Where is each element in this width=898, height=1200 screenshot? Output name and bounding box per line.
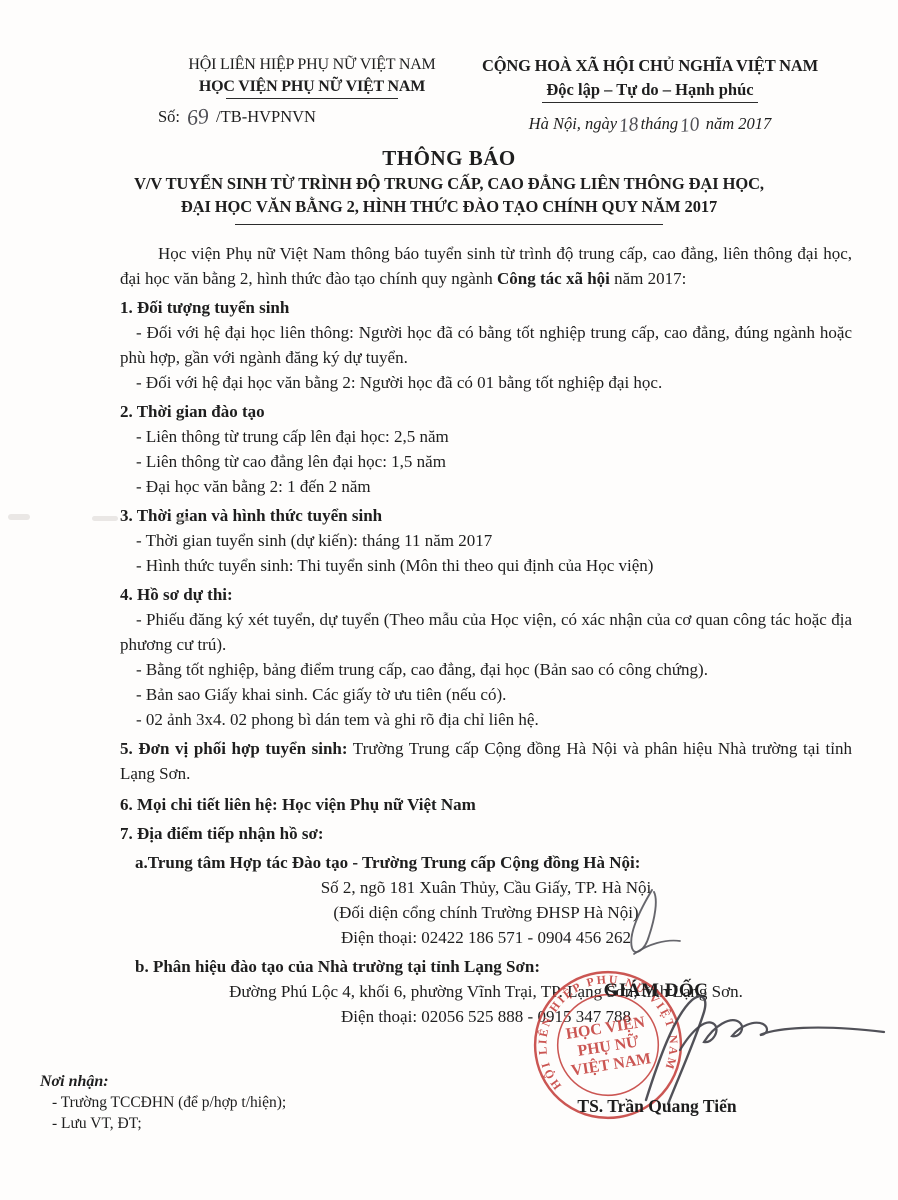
- recipient-item-1: - Trường TCCĐHN (để p/hợp t/hiện);: [52, 1092, 380, 1113]
- section-4-item-1: - Phiếu đăng ký xét tuyển, dự tuyển (The…: [120, 607, 852, 657]
- document-body: Học viện Phụ nữ Việt Nam thông báo tuyển…: [0, 225, 898, 1029]
- recipient-item-2: - Lưu VT, ĐT;: [52, 1113, 380, 1134]
- handwritten-doc-number: 69: [186, 108, 210, 128]
- handwritten-month: 10: [679, 117, 700, 135]
- section-4: 4. Hồ sơ dự thi: - Phiếu đăng ký xét tuy…: [120, 582, 852, 732]
- title-block: THÔNG BÁO V/V TUYỂN SINH TỪ TRÌNH ĐỘ TRU…: [0, 146, 898, 225]
- mark-tail: [634, 941, 680, 954]
- location-b-heading: b. Phân hiệu đào tạo của Nhà trường tại …: [120, 954, 852, 979]
- date-line: Hà Nội, ngày18tháng10 năm 2017: [478, 114, 822, 134]
- section-4-item-2: - Bằng tốt nghiệp, bảng điểm trung cấp, …: [120, 657, 852, 682]
- location-a-phone: Điện thoại: 02422 186 571 - 0904 456 262: [120, 925, 852, 950]
- section-1-heading: 1. Đối tượng tuyển sinh: [120, 295, 852, 320]
- section-4-heading: 4. Hồ sơ dự thi:: [120, 582, 852, 607]
- intro-paragraph: Học viện Phụ nữ Việt Nam thông báo tuyển…: [120, 241, 852, 291]
- date-suffix: năm 2017: [706, 114, 772, 133]
- document-subtitle-line1: V/V TUYỂN SINH TỪ TRÌNH ĐỘ TRUNG CẤP, CA…: [0, 174, 898, 194]
- section-3-item-2: - Hình thức tuyển sinh: Thi tuyển sinh (…: [120, 553, 852, 578]
- location-a-address: Số 2, ngõ 181 Xuân Thủy, Cầu Giấy, TP. H…: [120, 875, 852, 900]
- national-motto: Độc lập – Tự do – Hạnh phúc: [542, 80, 757, 103]
- issuing-org-block: HỘI LIÊN HIỆP PHỤ NỮ VIỆT NAM HỌC VIỆN P…: [156, 56, 468, 134]
- section-2-item-1: - Liên thông từ trung cấp lên đại học: 2…: [120, 424, 852, 449]
- location-a-note: (Đối diện cổng chính Trường ĐHSP Hà Nội): [120, 900, 852, 925]
- section-5-heading: 5. Đơn vị phối hợp tuyển sinh:: [120, 739, 348, 758]
- date-prefix: Hà Nội, ngày: [529, 114, 617, 133]
- document-header: HỘI LIÊN HIỆP PHỤ NỮ VIỆT NAM HỌC VIỆN P…: [0, 0, 898, 134]
- section-3-item-1: - Thời gian tuyển sinh (dự kiến): tháng …: [120, 528, 852, 553]
- org-underline: [226, 98, 398, 99]
- section-4-item-3: - Bản sao Giấy khai sinh. Các giấy tờ ưu…: [120, 682, 852, 707]
- doc-number-label: Số:: [158, 107, 180, 126]
- section-2-item-3: - Đại học văn bằng 2: 1 đến 2 năm: [120, 474, 852, 499]
- section-7-heading: 7. Địa điểm tiếp nhận hồ sơ:: [120, 821, 852, 846]
- scan-smudge: [176, 517, 190, 521]
- document-page: HỘI LIÊN HIỆP PHỤ NỮ VIỆT NAM HỌC VIỆN P…: [0, 0, 898, 1200]
- document-title: THÔNG BÁO: [0, 146, 898, 171]
- org-parent-name: HỘI LIÊN HIỆP PHỤ NỮ VIỆT NAM: [156, 56, 468, 74]
- document-subtitle-line2: ĐẠI HỌC VĂN BẰNG 2, HÌNH THỨC ĐÀO TẠO CH…: [0, 197, 898, 217]
- national-motto-wrap: Độc lập – Tự do – Hạnh phúc: [478, 80, 822, 103]
- section-1: 1. Đối tượng tuyển sinh - Đối với hệ đại…: [120, 295, 852, 395]
- section-4-item-4: - 02 ảnh 3x4. 02 phong bì dán tem và ghi…: [120, 707, 852, 732]
- section-6: 6. Mọi chi tiết liên hệ: Học viện Phụ nữ…: [120, 792, 852, 817]
- intro-text-before: Học viện Phụ nữ Việt Nam thông báo tuyển…: [120, 244, 852, 288]
- date-between: tháng: [641, 114, 679, 133]
- location-a-heading: a.Trung tâm Hợp tác Đào tạo - Trường Tru…: [120, 850, 852, 875]
- signature-stroke-main: [646, 996, 705, 1104]
- org-name: HỌC VIỆN PHỤ NỮ VIỆT NAM: [156, 78, 468, 96]
- handwritten-day: 18: [618, 117, 639, 135]
- doc-number-suffix: /TB-HVPNVN: [216, 107, 316, 126]
- scan-smudge: [92, 516, 118, 521]
- national-header-block: CỘNG HOÀ XÃ HỘI CHỦ NGHĨA VIỆT NAM Độc l…: [478, 56, 822, 134]
- section-2-item-2: - Liên thông từ cao đẳng lên đại học: 1,…: [120, 449, 852, 474]
- intro-bold-major: Công tác xã hội: [497, 269, 610, 288]
- handwritten-signature: [620, 986, 890, 1108]
- section-2-heading: 2. Thời gian đào tạo: [120, 399, 852, 424]
- national-title: CỘNG HOÀ XÃ HỘI CHỦ NGHĨA VIỆT NAM: [478, 56, 822, 76]
- section-1-item-2: - Đối với hệ đại học văn bằng 2: Người h…: [120, 370, 852, 395]
- section-3-heading: 3. Thời gian và hình thức tuyển sinh: [120, 503, 852, 528]
- signer-name: TS. Trần Quang Tiến: [537, 1096, 777, 1117]
- mark-loop: [631, 890, 656, 952]
- section-5: 5. Đơn vị phối hợp tuyển sinh: Trường Tr…: [120, 736, 852, 786]
- section-3: 3. Thời gian và hình thức tuyển sinh - T…: [120, 503, 852, 578]
- document-number: Số: 69 /TB-HVPNVN: [156, 107, 468, 127]
- recipients-label: Nơi nhận:: [40, 1071, 380, 1092]
- signature-stroke-loops: [680, 1020, 884, 1050]
- recipients-block: Nơi nhận: - Trường TCCĐHN (để p/hợp t/hi…: [40, 1071, 380, 1134]
- intro-text-after: năm 2017:: [610, 269, 687, 288]
- handwritten-mark: [612, 884, 692, 966]
- scan-smudge: [8, 514, 30, 520]
- section-1-item-1: - Đối với hệ đại học liên thông: Người h…: [120, 320, 852, 370]
- section-2: 2. Thời gian đào tạo - Liên thông từ tru…: [120, 399, 852, 499]
